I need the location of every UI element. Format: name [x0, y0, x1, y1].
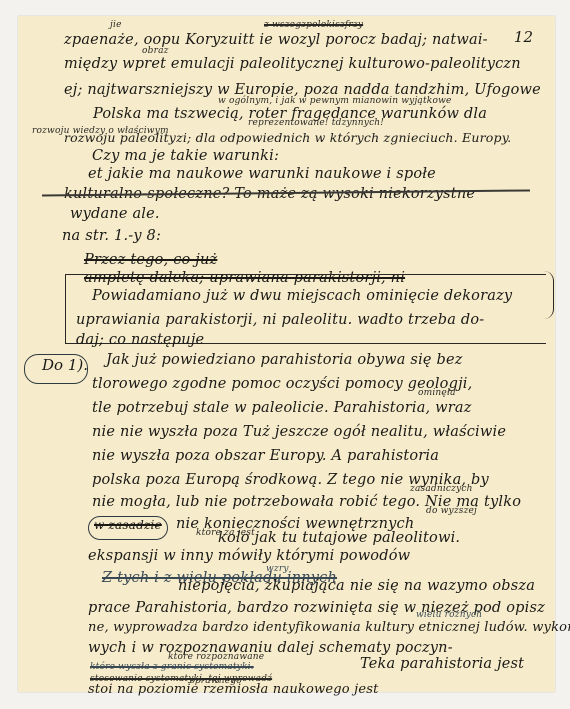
- insertion: sprawnego: [190, 676, 242, 686]
- text-line: Czy ma je takie warunki:: [92, 148, 279, 164]
- insertion: z wszegzpolokiszfrzy: [264, 20, 363, 30]
- text-line: ekspansji w inny mówiły którymi powodów: [88, 548, 410, 564]
- text-line: Jak już powiedziano parahistoria obywa s…: [106, 352, 463, 368]
- text-line: rozwoju paleolityzi; dla odpowiednich w …: [64, 130, 511, 145]
- insertion: jie: [110, 20, 122, 30]
- text-line: zpaenaże, oopu Koryzuitt ie wozyl porocz…: [64, 32, 488, 48]
- text-line: et jakie ma naukowe warunki naukowe i sp…: [88, 166, 436, 182]
- text-line: wydane ale.: [70, 206, 160, 222]
- bracketed-text: daj; co następuje: [76, 332, 204, 348]
- struck-text: Przez tego, co już: [84, 252, 217, 268]
- insertion: zasadniczych: [410, 484, 473, 494]
- text-line: Teka parahistoria jest: [360, 656, 524, 672]
- text-line: wych i w rozpoznawaniu dalej schematy po…: [88, 640, 453, 656]
- bracket-right: [543, 271, 554, 319]
- text-line: między wpret emulacji paleolitycznej kul…: [64, 56, 521, 72]
- section-heading: na str. 1.-y 8:: [62, 228, 161, 244]
- insertion: w ogólnym, i jak w pewnym mianowin wyjąt…: [218, 96, 452, 106]
- manuscript-page: 12 jie z wszegzpolokiszfrzy zpaenaże, oo…: [18, 16, 555, 692]
- text-line: tlorowego zgodne pomoc oczyści pomocy ge…: [92, 376, 472, 392]
- text-line: niepojęcia, zkupiająca nie się na wazymo…: [178, 578, 535, 594]
- struck-text: które wyszła z granic systematyki.: [90, 662, 254, 672]
- text-line: nie nie wyszła poza Tuż jeszcze ogół nea…: [92, 424, 506, 440]
- insertion: wzry: [266, 564, 289, 574]
- insertion: które rozpoznawane: [168, 652, 264, 662]
- insertion: wielu różnych: [416, 610, 482, 620]
- text-line: tle potrzebuj stale w paleolicie. Parahi…: [92, 400, 472, 416]
- insertion: obraz: [142, 46, 169, 56]
- page-number: 12: [514, 28, 533, 46]
- text-line: ne, wyprowadza bardzo identyfikowania ku…: [88, 620, 570, 635]
- circled-text: w zasadzie: [94, 518, 162, 532]
- insertion: do wyższej: [426, 506, 477, 516]
- insertion: ominęła: [418, 388, 456, 398]
- text-line: nie wyszła poza obszar Europy. A parahis…: [92, 448, 439, 464]
- section-marker: Do 1).: [42, 356, 88, 374]
- insertion: reprezentowane! tdzynnych!: [248, 118, 384, 128]
- bracketed-text: uprawiania parakistorji, ni paleolitu. w…: [76, 312, 484, 328]
- text-line: kolo jak tu tutajowe paleolitowi.: [218, 530, 460, 546]
- bracketed-text: Powiadamiano już w dwu miejscach ominięc…: [92, 288, 512, 304]
